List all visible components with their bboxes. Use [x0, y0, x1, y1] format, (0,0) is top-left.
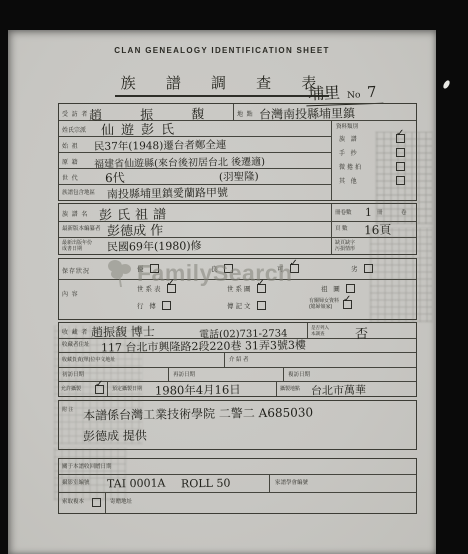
scanned-form-sheet: CLAN GENEALOGY IDENTIFICATION SHEET 族 譜 … [8, 30, 436, 554]
content-option: 祖 圖 [321, 284, 355, 293]
seal-stamp-icon [54, 448, 126, 500]
section-book-info: 族 譜 名 彭氏祖譜 冊卷數 1 冊 卷 最新版本編纂者 彭德成 作 頁 數 1… [58, 203, 417, 255]
content-option: 行 傳 [137, 301, 171, 310]
familysearch-logo-icon [106, 258, 132, 288]
shoot-date-value: 1980年4月16日 [155, 381, 241, 398]
coverage-label: 族譜包含地區 [62, 190, 95, 196]
missing-pages-label-line2: 污損情形 [335, 246, 355, 252]
book-title-label: 族 譜 名 [62, 209, 88, 218]
section-survey-info: 受 訪 者 趙 振 馥 地 點 台灣南投縣埔里鎮 姓氏宗派 仙遊彭氏 始 祖 民… [58, 103, 417, 201]
seal-stamp-icon [54, 326, 142, 444]
compiler-label: 最新版本編纂者 [62, 226, 101, 232]
content-label: 內 容 [62, 289, 79, 298]
clan-label: 姓氏宗派 [62, 125, 86, 134]
generations-label: 世 代 [62, 173, 79, 182]
pages-label: 頁 數 [335, 226, 348, 232]
volumes-label: 冊卷數 [335, 210, 352, 216]
no-value: 7 [367, 83, 377, 101]
ancestor-label: 始 祖 [62, 141, 79, 150]
listed-value: 否 [355, 323, 368, 342]
society-number-label: 家譜學會編號 [275, 480, 308, 486]
category-label: 其 他 [339, 176, 359, 185]
respondent-label: 受 訪 者 [62, 109, 88, 118]
location-value: 台灣南投縣埔里鎮 [259, 104, 355, 122]
shoot-place-label: 攝製地點 [280, 386, 300, 392]
listed-label-line2: 本調查 [311, 331, 325, 337]
location-label: 地 點 [237, 109, 254, 118]
category-label: 手 抄 [339, 148, 359, 157]
categories-title: 資料類別 [336, 124, 358, 130]
watermark-text: FamilySearch [137, 260, 293, 287]
origin-label: 原 籍 [62, 157, 79, 166]
pub-date-label-line2: 成書日期 [62, 246, 82, 252]
volumes-value: 1 [365, 206, 372, 219]
seal-stamp-icon [370, 228, 432, 322]
roll-number-value: ROLL 50 [181, 477, 231, 491]
film-scratch [442, 79, 450, 89]
origin-annotation: (羽聖隆) [219, 169, 259, 185]
content-option: 有關婦女資料 (媳婦娘家) ✓ [309, 298, 352, 310]
introducer-label: 介 紹 者 [229, 357, 249, 363]
seal-stamp-icon [376, 132, 432, 224]
content-option: 傳記文 [227, 301, 266, 310]
option-label: 傳記文 [227, 301, 253, 310]
checkmark: ✓ [343, 295, 351, 305]
category-label: 族 譜 [339, 134, 359, 143]
content-women-data-checkbox: ✓ [343, 300, 352, 309]
category-label: 微捲拍 [339, 162, 363, 171]
place-name: 埔里 [307, 80, 340, 105]
option-label: 行 傳 [137, 301, 158, 310]
content-ancestor-portrait-checkbox [346, 284, 355, 293]
generations-value: 6代 [105, 169, 125, 186]
preservation-label: 保存狀況 [62, 266, 90, 275]
clan-value: 仙遊彭氏 [101, 118, 181, 138]
option-sublabel: (媳婦娘家) [309, 304, 339, 310]
no-label: No [347, 90, 361, 101]
pub-date-value: 民國69年(1980)修 [107, 237, 202, 254]
compiler-value: 彭德成 作 [107, 220, 163, 240]
shoot-place-value: 台北市萬華 [311, 382, 366, 399]
ancestor-value: 民37年(1948)遷台者鄭全連 [94, 137, 226, 154]
content-records-checkbox [257, 301, 266, 310]
english-title: CLAN GENEALOGY IDENTIFICATION SHEET [8, 46, 436, 55]
option-label: 祖 圖 [321, 284, 342, 293]
revisit-label: 複訪日期 [288, 372, 310, 378]
option-label: 劣 [351, 264, 360, 273]
familysearch-watermark: FamilySearch [106, 258, 293, 288]
form-title: 族 譜 調 查 表 [115, 72, 330, 97]
origin-value: 福建省仙遊縣(來台後初居台北 後遷適) [94, 153, 265, 170]
coverage-value: 南投縣埔里鎮愛蘭路甲號 [107, 184, 228, 202]
content-biographies-checkbox [162, 301, 171, 310]
second-visit-label: 再訪日期 [173, 372, 195, 378]
